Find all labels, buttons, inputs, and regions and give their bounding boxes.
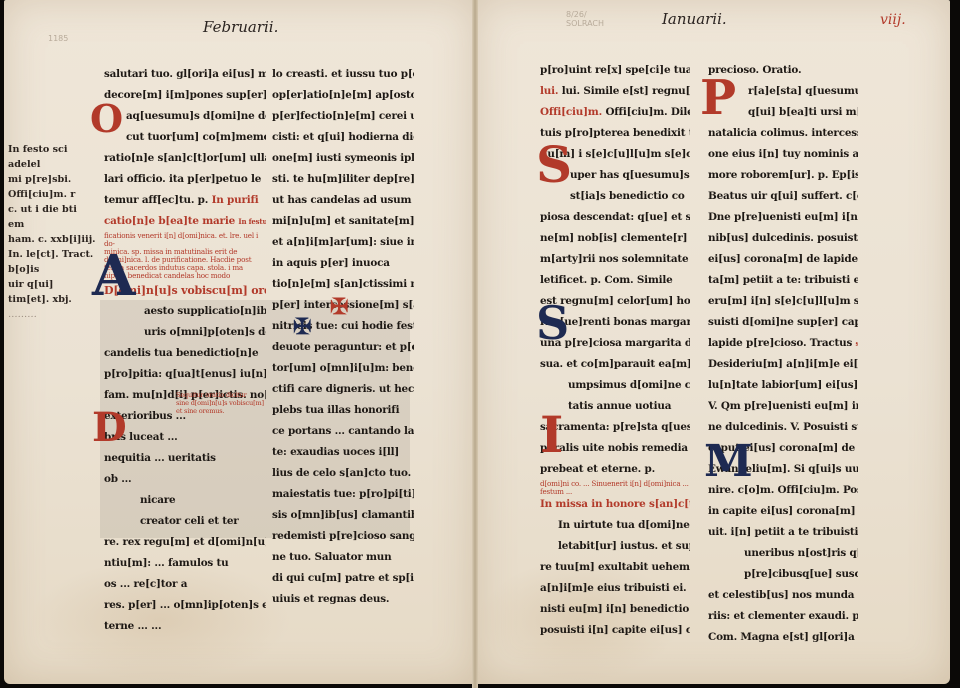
- text-line: ratio[n]e s[an]c[t]or[um] ulla gratu: [104, 148, 266, 169]
- text-line: ob ...: [104, 469, 266, 490]
- text-line: uiuis et regnas deus.: [272, 589, 414, 610]
- text-line: in capite ei[us] corona[m] de lapide p[r…: [708, 501, 858, 522]
- rubric-small: d[omi]ni co. ... Sinuenerit i[n] d[omi]n…: [540, 480, 690, 494]
- text-line: uit. i[n] petiit a te tribuisti ei. alla…: [708, 522, 858, 543]
- pencil-note: 8/26/ SOLRACH: [566, 10, 604, 28]
- text-line: maiestatis tue: p[ro]pi[ti]us q[ue]: [272, 484, 414, 505]
- text-line: ne tuo. Saluator mun: [272, 547, 414, 568]
- rubric-line: In missa in honore s[an]c[t]i ursi: [540, 494, 690, 515]
- text-line: redemisti p[re]cioso sangui: [272, 526, 414, 547]
- text-line: lui. lui. Simile e[st] regnu[m] c. r. cx…: [540, 81, 690, 102]
- initial-M-blue: M: [704, 440, 753, 484]
- text-line: tio[n]e[m] s[an]ctissimi no[m]i[n]is tui…: [272, 274, 414, 295]
- text-line: uris o[mni]p[oten]s de[us] et hi[s]: [104, 322, 266, 343]
- text-line: temur aff[ec]tu. p. In purifi: [104, 190, 266, 211]
- text-line: natalicia colimus. intercessi: [708, 123, 858, 144]
- text-line: aq[uesumu]s d[omi]ne de[us] n[oste]r: ut…: [104, 106, 266, 127]
- text-line: ntiu[m]: ... famulos tu: [104, 553, 266, 574]
- text-line: re tuu[m] exultabit uehementer. desideri…: [540, 557, 690, 578]
- text-line: in aquis p[er] inuoca: [272, 253, 414, 274]
- red-cross-icon: ✠: [330, 296, 348, 318]
- text-line: In uirtute tua d[omi]ne Offi[ciu]m.: [540, 515, 690, 536]
- text-line: ta[m] petiit a te: tribuisti ei longitud…: [708, 270, 858, 291]
- rubric-line: catio[n]e b[ea]te marie In festum puri: [104, 211, 266, 232]
- pencil-note-line: 8/26/: [566, 10, 587, 19]
- text-line: di qui cu[m] patre et sp[irit]u s[an]c[t…: [272, 568, 414, 589]
- marginal-note: In festo sci adelel mi p[re]sbi. Offi[ci…: [8, 142, 96, 322]
- text-line: salutari tuo. gl[ori]a ei[us] magnu[m]: [104, 64, 266, 85]
- text-line: deuote peraguntur: et p[er] pre ces sa[n…: [272, 337, 414, 358]
- marginal-note-line: uir q[ui] tim[et]. xbj.: [8, 277, 96, 307]
- text-line: nib[us] dulcedinis. posuisti i[n] capite: [708, 228, 858, 249]
- text-line: one[m] iusti symeonis iple: [272, 148, 414, 169]
- text-line: nequitia ... ueritatis: [104, 448, 266, 469]
- text-line: eru[m] i[n] s[e]c[u]l[u]m s[e]c[u]li. Al…: [708, 291, 858, 312]
- text-line: a[n]i[m]e eius tribuisti ei. Glia patri: [540, 578, 690, 599]
- rubric: In purifi: [212, 194, 259, 206]
- text-line: op[er]atio[n]e[m] ap[ostoli]ca[m] huc li…: [272, 85, 414, 106]
- initial-O-red: O: [90, 100, 123, 138]
- text-line: one eius i[n] tuy nominis a: [708, 144, 858, 165]
- text-line: lu[n]tate labior[um] ei[us] no[n] frauda…: [708, 375, 858, 396]
- text-line: lius de celo s[an]cto tuo. et de sede: [272, 463, 414, 484]
- text-line: nicare: [104, 490, 266, 511]
- text-line: p[er]fectio[n]e[m] cerei uenire fe: [272, 106, 414, 127]
- text-line: umpsimus d[omi]ne celebri: [540, 375, 690, 396]
- text-line: letificet. p. Com. Simile: [540, 270, 690, 291]
- initial-S-red: S: [536, 140, 572, 190]
- text-line: Offi[ciu]m. Offi[ciu]m. Dilexisti iustit…: [540, 102, 690, 123]
- text-line: plebs tua illas honorifi: [272, 400, 414, 421]
- initial-D-red: D: [92, 408, 127, 448]
- text-line: sis o[mn]ib[us] clamantib[us] ad te: q[u…: [272, 505, 414, 526]
- text-line: ctifi care digneris. ut hec: [272, 379, 414, 400]
- pencil-number: 1185: [48, 34, 68, 43]
- text-line: Dne p[re]uenisti eu[m] i[n] benedictio: [708, 207, 858, 228]
- text-line: m[arty]rii nos solemnitate: [540, 249, 690, 270]
- text-line: mi[n]u[m] et sanitate[m] corpo[rum]: [272, 211, 414, 232]
- text-line: Com. Magna e[st] gl[ori]a ei[us] in: [708, 627, 858, 648]
- gutter-fold: [472, 0, 478, 688]
- text-line: bris luceat ...: [104, 427, 266, 448]
- marginal-note-faint: ………: [8, 307, 96, 322]
- running-head-left: Februarii.: [203, 18, 278, 36]
- text-line: et a[n]i[m]ar[um]: siue in terra siue: [272, 232, 414, 253]
- text-line: lari officio. ita p[er]petuo le: [104, 169, 266, 190]
- text-line: ne[m] nob[is] clemente[r] op[er]et. et e: [540, 228, 690, 249]
- initial-S-blue: S: [536, 300, 569, 346]
- text-line: candelis tua benedictio[n]e: [104, 343, 266, 364]
- running-head-right: Ianuarii.: [662, 10, 727, 28]
- text-line: lo creasti. et iussu tuo p[er]: [272, 64, 414, 85]
- left-column-1: salutari tuo. gl[ori]a ei[us] magnu[m] d…: [104, 64, 266, 637]
- text-line: letabit[ur] iustus. et sup[er] salutare: [540, 536, 690, 557]
- marginal-note-line: ham. c. xxb[i]iij.: [8, 232, 96, 247]
- text-line: nisti eu[m] i[n] benedictio[n]ib[us] dul…: [540, 599, 690, 620]
- text-line: sti. te hu[m]iliter dep[re]camur:: [272, 169, 414, 190]
- text-line: suisti d[omi]ne sup[er] caput ei[us] cor…: [708, 312, 858, 333]
- pencil-note-line: SOLRACH: [566, 19, 604, 28]
- blue-cross-icon: ✠: [293, 316, 311, 338]
- initial-P-red: P: [700, 74, 736, 122]
- marginal-note-line: In. le[ct]. Tract. b[o]is: [8, 247, 96, 277]
- text-line: re. rex regu[m] et d[omi]n[u]s d[omi]na: [104, 532, 266, 553]
- text-line: uneribus n[ost]ris q[uesumu]s d[omi]ne: [708, 543, 858, 564]
- marginal-note-line: In festo sci adelel: [8, 142, 96, 172]
- text-line: more roborem[ur]. p. Ep[isto]la.: [708, 165, 858, 186]
- text-line: p[ro]uint re[x] spe[ci]e tua. Gradule: [540, 60, 690, 81]
- initial-A-blue: A: [92, 248, 135, 304]
- text-line: Beatus uir q[ui] suffert. c[o]m. ij.: [708, 186, 858, 207]
- folio-number: viij.: [880, 12, 906, 28]
- text-line: p[re]cibusq[ue] susceptis:: [708, 564, 858, 585]
- text-line: piosa descendat: q[ue] et s[an]c[t]ifica…: [540, 207, 690, 228]
- text-line: Desideriu[m] a[n]i[m]e ei[us] tribuisti …: [708, 354, 858, 375]
- text-line: ei[us] corona[m] de lapide p[re]cioso. V…: [708, 249, 858, 270]
- text-line: p[ro]pitia: q[ua]t[enus] iu[n]ctis o[mn]…: [104, 364, 266, 385]
- marginal-note-line: c. ut i die bti em: [8, 202, 96, 232]
- text-line: ce portans ... cantando laudat: [272, 421, 414, 442]
- marginal-note-line: mi p[re]sbi. Offi[ciu]m. r: [8, 172, 96, 202]
- text-line: tor[um] o[mn]i[u]m: bene dicere et sa[n]: [272, 358, 414, 379]
- text-line: posuisti i[n] capite ei[us] corona[m] de…: [540, 620, 690, 641]
- rubric-note-sequitur: Sequitur oratio dicitur sine d[omi]n[u]s…: [176, 391, 266, 415]
- text-line: decore[m] i[m]pones sup[er] eu[m] d[omi]…: [104, 85, 266, 106]
- text-line: os ... re[c]tor a: [104, 574, 266, 595]
- text-line: V. Qm p[re]uenisti eu[m] in benedictio: [708, 396, 858, 417]
- text-line: te: exaudias uoces i[ll]: [272, 442, 414, 463]
- text-line: res. p[er] ... o[mn]ip[oten]s e: [104, 595, 266, 616]
- text-line: lapide p[re]cioso. Tractus si li[ber]o e…: [708, 333, 858, 354]
- text-line: terne ... ...: [104, 616, 266, 637]
- text-line: creator celi et ter: [104, 511, 266, 532]
- text-line: riis: et clementer exaudi. p.: [708, 606, 858, 627]
- initial-I-red: I: [540, 410, 563, 460]
- text-line: cut tuor[um] co[m]memo: [104, 127, 266, 148]
- text-line: ne dulcedinis. V. Posuisti sup[er]: [708, 417, 858, 438]
- text-line: sua. et co[m]parauit ea[m]. Postco.: [540, 354, 690, 375]
- text-line: et celestib[us] nos munda myste: [708, 585, 858, 606]
- text-line: ut has candelas ad usum ho: [272, 190, 414, 211]
- right-column-2: precioso. Oratio. r[a]e[sta] q[uesumu]s …: [708, 60, 858, 648]
- text-line: cisti: et q[ui] hodierna die p[er]ti: [272, 127, 414, 148]
